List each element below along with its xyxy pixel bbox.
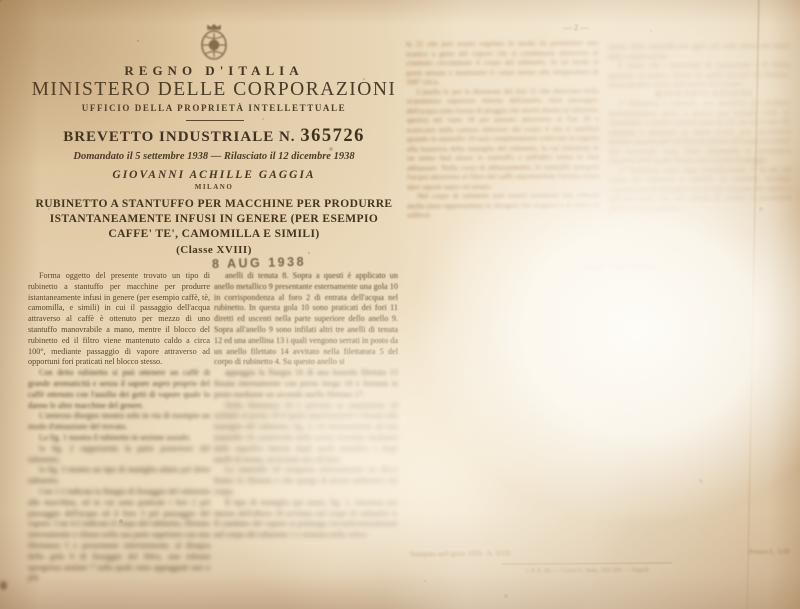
- paragraph: L'annesso disegno mostra solo in via di …: [28, 411, 210, 433]
- patent-number: 365726: [300, 126, 365, 146]
- claim-2: 2° Rubinetto come dalla rivendicazione 1…: [609, 164, 791, 213]
- patent-class: (Classe XVIII): [18, 244, 410, 256]
- left-page-header: REGNO D'ITALIA MINISTERO DELLE CORPORAZI…: [18, 0, 410, 280]
- left-page-column-1: Forma oggetto del presente trovato un ti…: [28, 271, 210, 584]
- royal-crest-icon: [18, 23, 410, 65]
- ministry-title: MINISTERO DELLE CORPORAZIONI: [18, 79, 410, 101]
- right-page-column-1: la 22 che può essere regolata in modo da…: [406, 38, 599, 220]
- paragraph: mento dello stantuffo per agire poi sull…: [608, 41, 790, 61]
- office-subtitle: UFFICIO DELLA PROPRIETÀ INTELLETTUALE: [18, 103, 410, 113]
- patent-scan: REGNO D'ITALIA MINISTERO DELLE CORPORAZI…: [0, 0, 800, 609]
- paragraph: la 22 che può essere regolata in modo da…: [406, 38, 598, 87]
- invention-title-line3: CAFFE' TE', CAMOMILLA E SIMILI): [18, 227, 410, 242]
- paragraph: anelli di tenuta 8. Sopra a questi è app…: [214, 271, 398, 368]
- right-page-column-2: mento dello stantuffo per agire poi sull…: [608, 41, 791, 213]
- patent-number-line: BREVETTO INDUSTRIALE N. 365726: [18, 126, 410, 147]
- invention-title: RUBINETTO A STANTUFFO PER MACCHINE PER P…: [18, 197, 410, 242]
- invention-title-line1: RUBINETTO A STANTUFFO PER MACCHINE PER P…: [18, 197, 410, 212]
- paragraph: la fig. 3 mostra un tipo di maniglia ada…: [28, 465, 210, 487]
- paragraph: Forma oggetto del presente trovato un ti…: [28, 271, 210, 368]
- page-number: — 2 —: [516, 22, 636, 33]
- paragraph: Il tipo di maniglia qui usato, fig. 1, f…: [214, 498, 398, 541]
- date-stamp: 8 AUG 1938: [212, 255, 306, 271]
- footer-print-date: Stampato nell'aprile 1939 - A. XVII: [410, 550, 510, 559]
- paragraph: la fig. 2 rappresenta la parte posterior…: [28, 444, 210, 466]
- paper-specks: [0, 0, 2, 2]
- filing-dates: Domandato il 5 settembre 1938 — Rilascia…: [18, 151, 410, 162]
- inventor-name: GIOVANNI ACHILLE GAGGIA: [18, 169, 410, 181]
- ink-mark: [0, 581, 7, 590]
- invention-title-line2: ISTANTANEAMENTE INFUSI IN GENERE (PER ES…: [18, 212, 410, 227]
- inventor-city: MILANO: [18, 183, 410, 191]
- paragraph: Lo stantuffo 19 comporta inferiormente u…: [214, 465, 398, 497]
- paragraph: appoggia la flangia 16 di una bussola fi…: [214, 368, 398, 400]
- paragraph: Nel corpo di rubinetto può essere sistem…: [407, 190, 599, 220]
- footer-rule: [502, 562, 672, 564]
- paragraph: Con 1 è indicata la flangia di fissaggio…: [28, 487, 210, 584]
- patent-label: BREVETTO INDUSTRIALE N.: [63, 129, 295, 145]
- paragraph: Con detto rubinetto si può ottenere un c…: [28, 368, 210, 411]
- paragraph: Nella filettatura 16 è prevista su manic…: [214, 401, 398, 466]
- claim-1: 1° Rubinetto a stantuffo, per macchine p…: [609, 98, 791, 166]
- footer-printer: I. P. E. M. — Corso G. Itala, 103-105 — …: [455, 566, 720, 575]
- divider-rule: [186, 120, 244, 121]
- footer-price: Prezzo L. 3.00: [710, 548, 790, 557]
- kingdom-title: REGNO D'ITALIA: [18, 63, 410, 79]
- attachment-note: Allegato: 1 foglio di disegni: [498, 264, 658, 272]
- paragraph: La fig. 1 mostra il rubinetto in sezione…: [28, 433, 210, 444]
- right-page: — 2 — la 22 che può essere regolata in m…: [396, 0, 800, 609]
- paragraph: È inteso che i particolari di costruzion…: [608, 60, 790, 90]
- paragraph: L'anello 9, per la direzione dei fori 11…: [406, 85, 599, 191]
- left-page-column-2: anelli di tenuta 8. Sopra a questi è app…: [214, 271, 398, 541]
